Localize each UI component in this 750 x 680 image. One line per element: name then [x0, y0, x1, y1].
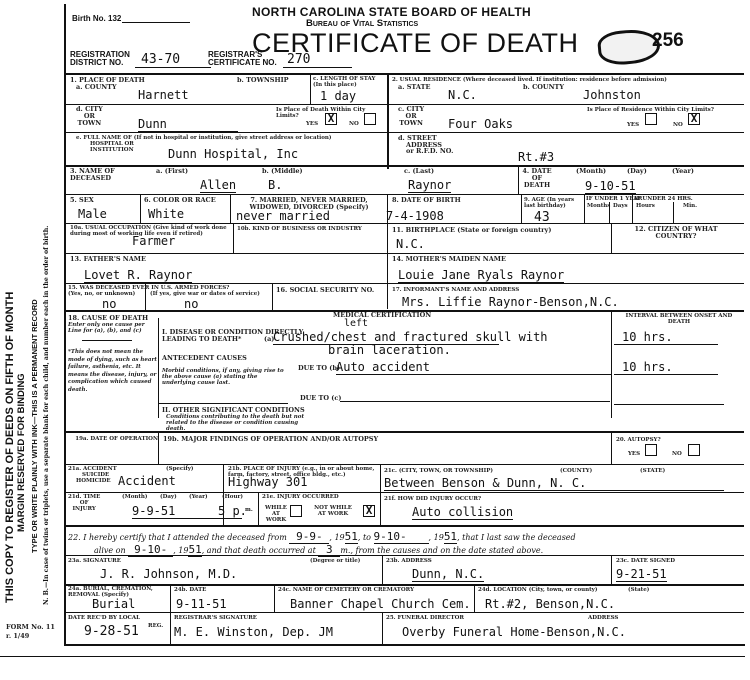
residence-county-value: Johnston: [583, 89, 641, 102]
date-received-value: 9-28-51: [84, 625, 139, 638]
col-divider: [258, 493, 259, 525]
informant-value: Mrs. Liffie Raynor-Benson,N.C.: [402, 296, 619, 309]
injury-day-label: (Day): [160, 494, 177, 500]
margin-instruction-copy: THIS COPY TO REGISTER OF DEEDS ON FIFTH …: [4, 292, 16, 603]
due-to-b-label: DUE TO (b): [298, 365, 340, 372]
marital-status-value: never married: [236, 210, 330, 223]
col-divider: [158, 432, 159, 464]
residence-city-value: Four Oaks: [448, 118, 513, 131]
attended-to-year: 51: [444, 530, 457, 544]
autopsy-yes-label: YES: [628, 451, 640, 457]
injury-specify-label: (Specify): [166, 466, 194, 472]
autopsy-yes-checkbox[interactable]: [645, 444, 657, 456]
interval-a-value: 10 hrs.: [614, 331, 718, 345]
row-divider: [389, 132, 744, 133]
col-divider: [518, 166, 519, 194]
col-divider: [272, 284, 273, 310]
how-injury-label: 21f. HOW DID INJURY OCCUR?: [384, 496, 481, 502]
row-divider: [66, 492, 744, 493]
col-divider: [170, 613, 171, 644]
cemetery-value: Banner Chapel Church Cem.: [290, 598, 471, 611]
cemetery-label: 24c. NAME OF CEMETERY OR CREMATORY: [278, 587, 414, 593]
form-revision: r. 1/49: [6, 633, 29, 640]
col-divider: [611, 224, 612, 253]
row-divider: [66, 194, 744, 195]
injury-state-label: (STATE): [640, 468, 665, 474]
death-limits-yes-label: YES: [306, 121, 318, 127]
header-divider: [64, 73, 744, 75]
certification-line-1: 22. I hereby certify that I attended the…: [68, 530, 576, 544]
bottom-edge: [0, 656, 745, 657]
not-while-at-work-checkbox[interactable]: X: [363, 505, 375, 517]
injury-occurred-label: 21e. INJURY OCCURRED: [262, 494, 339, 500]
findings-label: 19b. MAJOR FINDINGS OF OPERATION AND/OR …: [163, 436, 378, 443]
row-divider: [66, 283, 744, 284]
death-limits-no-checkbox[interactable]: [364, 113, 376, 125]
attended-from-date: 9-9-: [289, 530, 329, 544]
col-divider: [382, 556, 383, 584]
autopsy-label: 20. AUTOPSY?: [616, 437, 661, 443]
cause-footnote: *This does not mean the mode of dying, s…: [68, 349, 158, 394]
sex-label: 5. SEX: [70, 197, 94, 204]
degree-label: (Degree or title): [310, 558, 360, 564]
antecedent-note: Morbid conditions, if any, giving rise t…: [162, 368, 292, 386]
residence-county-label: b. COUNTY: [523, 84, 564, 91]
residence-limits-yes-checkbox[interactable]: [645, 113, 657, 125]
col-divider: [474, 585, 475, 612]
burial-date-label: 24b. DATE: [174, 587, 206, 593]
col-divider: [380, 465, 381, 525]
row-divider: [66, 555, 744, 556]
residence-limits-yes-label: YES: [627, 122, 639, 128]
homicide-label: HOMICIDE: [76, 478, 111, 484]
injury-time-label: 21d. TIMEOFINJURY: [68, 494, 100, 512]
hospital-value: Dunn Hospital, Inc: [168, 148, 298, 161]
injury-year-label: (Year): [189, 494, 208, 500]
col-divider: [387, 224, 388, 309]
death-city-label: d. CITYORTOWN: [76, 106, 103, 127]
date-signed-label: 23c. DATE SIGNED: [616, 558, 675, 564]
father-name-value: Lovet R. Raynor: [84, 269, 192, 283]
first-name-value: Allen: [200, 179, 236, 193]
death-county-value: Harnett: [138, 89, 189, 102]
attended-to-date: 9-10-: [374, 530, 429, 544]
citizenship-label: 12. CITIZEN OF WHAT COUNTRY?: [616, 226, 736, 240]
injury-location-value: Between Benson & Dunn, N. C.: [384, 477, 724, 491]
date-of-birth-label: 8. DATE OF BIRTH: [392, 197, 461, 204]
interval-divider: [611, 311, 612, 418]
col-divider: [611, 556, 612, 584]
race-value: White: [148, 208, 184, 221]
injury-city-label: 21c. (CITY, TOWN, OR TOWNSHIP): [384, 468, 493, 474]
first-name-label: a. (First): [156, 168, 188, 175]
social-security-label: 16. SOCIAL SECURITY NO.: [276, 287, 374, 294]
burial-location-value: Rt.#2, Benson,N.C.: [485, 598, 615, 611]
cause-a-insert: left: [344, 317, 368, 330]
county-label: a. COUNTY: [76, 84, 117, 91]
injury-hour-label: (Hour): [222, 494, 243, 500]
burial-method-value: Burial: [92, 598, 135, 611]
registration-district-label: REGISTRATIONDISTRICT NO.: [70, 51, 130, 67]
occupation-value: Farmer: [132, 235, 175, 248]
registrar-certificate-label: REGISTRAR'SCERTIFICATE NO.: [208, 51, 277, 67]
cause-of-death-note: Enter only one cause per Line for (a), (…: [68, 322, 158, 334]
injury-hour-value: 5 p.: [218, 505, 247, 518]
autopsy-no-label: NO: [672, 451, 682, 457]
autopsy-no-checkbox[interactable]: [688, 444, 700, 456]
armed-forces-dates-label: (If yes, give war or dates of service): [150, 291, 260, 297]
other-conditions-note: Conditions contributing to the death but…: [166, 414, 316, 432]
township-label: b. TOWNSHIP: [237, 77, 289, 84]
death-limits-no-label: NO: [349, 121, 359, 127]
stay-divider: [310, 74, 311, 104]
col-divider: [521, 195, 522, 223]
mother-name-label: 14. MOTHER'S MAIDEN NAME: [392, 256, 506, 263]
row-divider: [66, 104, 387, 105]
certifier-address-label: 23b. ADDRESS: [386, 558, 432, 564]
cause-b-value: Auto accident: [336, 361, 611, 375]
date-of-death-value: 9-10-51: [585, 180, 636, 194]
burial-date-value: 9-11-51: [176, 598, 227, 611]
row-divider: [66, 612, 744, 613]
months-label: Months: [587, 203, 610, 209]
registrar-certificate-value: 270: [283, 52, 352, 68]
residence-limits-no-label: NO: [673, 122, 683, 128]
funeral-director-label: 25. FUNERAL DIRECTOR: [386, 615, 464, 621]
length-of-stay-value: 1 day: [320, 90, 356, 103]
father-name-label: 13. FATHER'S NAME: [70, 256, 146, 263]
date-received-label: DATE REC'D BY LOCAL: [68, 615, 140, 621]
residence-within-limits-label: Is Place of Residence Within City Limits…: [587, 107, 747, 113]
residence-state-label: a. STATE: [398, 84, 430, 91]
residence-limits-no-checkbox[interactable]: X: [688, 113, 700, 125]
days-label: Days: [613, 203, 628, 209]
form-number: FORM No. 11: [6, 624, 55, 631]
registrar-signature-label: REGISTRAR'S SIGNATURE: [174, 615, 257, 621]
residence-city-label: c. CITYORTOWN: [398, 106, 424, 127]
burial-state-label: (State): [628, 587, 649, 593]
row-divider: [66, 464, 744, 465]
residence-street-label: d. STREETADDRESSor R.F.D. NO.: [398, 135, 453, 155]
date-of-birth-value: 7-4-1908: [386, 210, 444, 223]
residence-state-value: N.C.: [448, 89, 477, 102]
margin-instruction-binding: MARGIN RESERVED FOR BINDING: [16, 373, 27, 532]
residence-street-value: Rt.#3: [518, 151, 554, 164]
stamp-number: 256: [652, 30, 684, 52]
row-divider: [158, 403, 288, 404]
under-24-hours-label: IF UNDER 24 HRS.: [634, 196, 693, 202]
col-divider: [632, 195, 633, 223]
funeral-director-address-label: ADDRESS: [588, 615, 618, 621]
col-divider: [673, 202, 674, 223]
hours-label: Hours: [636, 203, 655, 209]
registration-district-value: 43-70: [135, 52, 211, 68]
signature-label: 23a. SIGNATURE: [68, 558, 121, 564]
deceased-name-label: 3. NAME OF DECEASED: [70, 168, 120, 182]
left-border: [64, 4, 66, 644]
birth-number-line: [122, 22, 190, 23]
due-to-c-label: DUE TO (c): [300, 395, 341, 402]
last-name-value: Raynor: [408, 179, 451, 193]
birthplace-label: 11. BIRTHPLACE (State or foreign country…: [392, 227, 551, 234]
interval-b-value: 10 hrs.: [614, 361, 718, 375]
death-day-label: (Day): [627, 168, 647, 175]
cause-of-death-label: 18. CAUSE OF DEATH: [68, 315, 148, 322]
last-name-label: c. (Last): [404, 168, 434, 175]
col-divider: [140, 195, 141, 223]
how-injury-value: Auto collision: [412, 506, 513, 520]
injury-month-label: (Month): [122, 494, 148, 500]
date-signed-value: 9-21-51: [616, 568, 667, 582]
while-at-work-label: WHILE AT WORK: [262, 505, 290, 523]
antecedent-causes-label: ANTECEDENT CAUSES: [162, 355, 247, 362]
col-divider: [145, 284, 146, 310]
middle-name-label: b. (Middle): [262, 168, 303, 175]
registrar-signature-value: M. E. Winston, Dep. JM: [174, 626, 333, 639]
birth-number: Birth No. 132: [72, 14, 121, 23]
row-divider: [66, 223, 744, 224]
other-conditions-label: II. OTHER SIGNIFICANT CONDITIONS: [162, 407, 305, 414]
sex-value: Male: [78, 208, 107, 221]
bottom-border: [64, 644, 745, 646]
death-year-label: (Year): [672, 168, 694, 175]
col-divider: [233, 224, 234, 253]
section-divider: [66, 431, 744, 433]
interval-label: INTERVAL BETWEEN ONSET AND DEATH: [614, 313, 744, 325]
interval-c-line: [614, 404, 724, 405]
agency-name: NORTH CAROLINA STATE BOARD OF HEALTH: [252, 5, 531, 19]
certifier-address-value: Dunn, N.C.: [412, 568, 484, 582]
col-divider: [274, 585, 275, 612]
date-received-suffix: REG.: [148, 623, 163, 629]
burial-location-label: 24d. LOCATION (City, town, or county): [478, 587, 597, 593]
death-city-value: Dunn: [138, 118, 238, 132]
col-divider: [170, 585, 171, 612]
date-of-death-label: 4. DATE OF DEATH: [522, 168, 552, 189]
section-divider: [66, 525, 744, 527]
funeral-director-value: Overby Funeral Home-Benson,N.C.: [402, 626, 626, 639]
middle-name-value: B.: [268, 179, 282, 192]
row-divider: [389, 104, 744, 105]
business-label: 10b. KIND OF BUSINESS OR INDUSTRY: [237, 226, 387, 232]
col-divider: [611, 432, 612, 464]
mother-name-value: Louie Jane Ryals Raynor: [398, 269, 564, 283]
col-divider: [382, 613, 383, 644]
birthplace-value: N.C.: [396, 238, 425, 251]
length-of-stay-label: c. LENGTH OF STAY (In this place): [313, 76, 385, 88]
col-divider: [609, 202, 610, 223]
margin-instruction-twins: N. B.—In case of twins or triplets, use …: [43, 226, 50, 605]
cause-c-line: [340, 401, 610, 402]
note-divider: [82, 340, 132, 341]
section-1-2-divider: [387, 74, 389, 169]
hospital-label-sub: HOSPITAL ORINSTITUTION: [90, 141, 134, 153]
injury-place-value: Highway 301: [228, 476, 307, 489]
while-at-work-checkbox[interactable]: [290, 505, 302, 517]
cause-a-continuation: brain laceration.: [328, 344, 451, 357]
death-month-label: (Month): [576, 168, 606, 175]
row-divider: [66, 132, 387, 133]
injury-hour-suffix: m.: [245, 507, 253, 513]
injury-county-label: (COUNTY): [560, 468, 592, 474]
death-limits-yes-checkbox[interactable]: X: [325, 113, 337, 125]
signature-value: J. R. Johnson, M.D.: [100, 568, 237, 581]
age-label: 9. AGE (In years last birthday): [524, 197, 584, 209]
attended-from-year: 51: [345, 530, 358, 544]
minutes-label: Min.: [683, 203, 697, 209]
not-while-at-work-label: NOT WHILE AT WORK: [313, 505, 353, 517]
margin-instruction-ink: TYPE OR WRITE PLAINLY WITH INK—THIS IS A…: [30, 299, 39, 553]
injury-type-value: Accident: [118, 475, 176, 488]
col-divider: [230, 195, 231, 223]
operation-date-label: 19a. DATE OF OPERATION: [68, 436, 158, 442]
col-divider: [584, 195, 585, 223]
row-divider: [66, 253, 744, 254]
race-label: 6. COLOR OR RACE: [144, 197, 216, 204]
informant-label: 17. INFORMANT'S NAME AND ADDRESS: [392, 287, 519, 293]
